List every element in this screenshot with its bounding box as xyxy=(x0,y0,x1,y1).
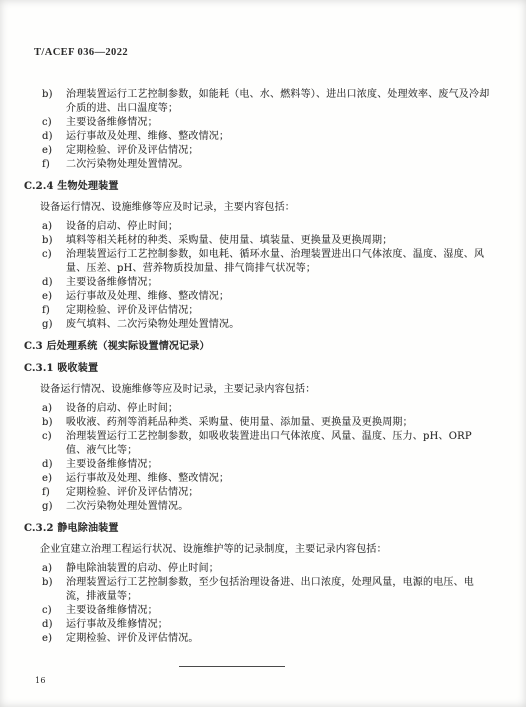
list-item: d)主要设备维修情况； xyxy=(24,276,490,290)
list-item: a)设备的启动、停止时间； xyxy=(24,220,490,234)
list-item-label: e) xyxy=(42,290,52,304)
list-item-label: e) xyxy=(42,472,52,486)
list-item-label: d) xyxy=(42,458,53,472)
list-item: d)运行事故及处理、维修、整改情况； xyxy=(24,130,490,144)
list-item: e)运行事故及处理、维修、整改情况； xyxy=(24,290,490,304)
section: C.3.2 静电除油装置企业宜建立治理工程运行状况、设施维护等的记录制度，主要记… xyxy=(24,522,490,646)
list-item: b)治理装置运行工艺控制参数，如能耗（电、水、燃料等）、进出口浓度、处理效率、废… xyxy=(24,88,490,116)
page-number: 16 xyxy=(35,676,490,685)
list-item: g)二次污染物处理处置情况。 xyxy=(24,500,490,514)
list-item-label: f) xyxy=(42,304,50,318)
section: C.3.1 吸收装置设备运行情况、设施维修等应及时记录，主要记录内容包括：a)设… xyxy=(24,362,490,514)
list-item: b)填料等相关耗材的种类、采购量、使用量、填装量、更换量及更换周期； xyxy=(24,234,490,248)
list-item-label: f) xyxy=(42,486,50,500)
list-item-label: c) xyxy=(42,248,52,262)
list-item-text: 治理装置运行工艺控制参数，如电耗、循环水量、治理装置进出口气体浓度、温度、湿度、… xyxy=(66,249,484,274)
section-intro: 设备运行情况、设施维修等应及时记录，主要内容包括： xyxy=(24,201,490,215)
list-item-text: 运行事故及维修情况； xyxy=(66,619,168,630)
list-item-label: c) xyxy=(42,604,52,618)
list-item: a)静电除油装置的启动、停止时间； xyxy=(24,562,490,576)
list-item-label: g) xyxy=(42,318,53,332)
list-item-text: 二次污染物处理处置情况。 xyxy=(66,159,188,170)
list-item-text: 主要设备维修情况； xyxy=(66,277,158,288)
list-item: d)主要设备维修情况； xyxy=(24,458,490,472)
list-item-text: 运行事故及处理、维修、整改情况； xyxy=(66,131,229,142)
list-item-label: g) xyxy=(42,500,53,514)
list-item-text: 设备的启动、停止时间； xyxy=(66,221,178,232)
list-item-text: 运行事故及处理、维修、整改情况； xyxy=(66,291,229,302)
list-item-text: 填料等相关耗材的种类、采购量、使用量、填装量、更换量及更换周期； xyxy=(66,235,392,246)
item-list: a)设备的启动、停止时间；b)填料等相关耗材的种类、采购量、使用量、填装量、更换… xyxy=(24,220,490,332)
list-item: f)二次污染物处理处置情况。 xyxy=(24,158,490,172)
list-item-label: a) xyxy=(42,402,52,416)
list-item: c)主要设备维修情况； xyxy=(24,116,490,130)
item-list: a)设备的启动、停止时间；b)吸收液、药剂等消耗品种类、采购量、使用量、添加量、… xyxy=(24,402,490,514)
list-item-text: 主要设备维修情况； xyxy=(66,605,158,616)
list-item-label: d) xyxy=(42,130,53,144)
list-item: c)主要设备维修情况； xyxy=(24,604,490,618)
list-item-label: b) xyxy=(42,416,53,430)
list-item-label: a) xyxy=(42,562,52,576)
section-heading: C.3 后处理系统（视实际设置情况记录） xyxy=(24,340,490,354)
item-list: a)静电除油装置的启动、停止时间；b)治理装置运行工艺控制参数，至少包括治理设备… xyxy=(24,562,490,646)
list-item: e)定期检验、评价及评估情况。 xyxy=(24,632,490,646)
list-item-label: a) xyxy=(42,220,52,234)
list-item: b)治理装置运行工艺控制参数，至少包括治理设备进、出口浓度，处理风量，电源的电压… xyxy=(24,576,490,604)
list-item-text: 吸收液、药剂等消耗品种类、采购量、使用量、添加量、更换量及更换周期； xyxy=(66,417,413,428)
list-item: e)运行事故及处理、维修、整改情况； xyxy=(24,472,490,486)
list-item-label: b) xyxy=(42,234,53,248)
list-item-label: c) xyxy=(42,116,52,130)
list-item-text: 治理装置运行工艺控制参数，至少包括治理设备进、出口浓度，处理风量，电源的电压、电… xyxy=(66,577,474,602)
section: b)治理装置运行工艺控制参数，如能耗（电、水、燃料等）、进出口浓度、处理效率、废… xyxy=(24,88,490,172)
document-page: T/ACEF 036—2022 b)治理装置运行工艺控制参数，如能耗（电、水、燃… xyxy=(0,0,526,707)
list-item-text: 设备的启动、停止时间； xyxy=(66,403,178,414)
list-item: f)定期检验、评价及评估情况； xyxy=(24,486,490,500)
section-heading: C.3.2 静电除油装置 xyxy=(24,522,490,536)
list-item-text: 定期检验、评价及评估情况。 xyxy=(66,633,199,644)
section-heading: C.2.4 生物处理装置 xyxy=(24,180,490,194)
section: C.2.4 生物处理装置设备运行情况、设施维修等应及时记录，主要内容包括：a)设… xyxy=(24,180,490,332)
list-item-text: 废气填料、二次污染物处理处置情况。 xyxy=(66,319,239,330)
list-item-text: 治理装置运行工艺控制参数，如吸收装置进出口气体浓度、风量、温度、压力、pH、OR… xyxy=(66,431,472,456)
list-item: d)运行事故及维修情况； xyxy=(24,618,490,632)
list-item: a)设备的启动、停止时间； xyxy=(24,402,490,416)
list-item-label: b) xyxy=(42,88,53,102)
item-list: b)治理装置运行工艺控制参数，如能耗（电、水、燃料等）、进出口浓度、处理效率、废… xyxy=(24,88,490,172)
list-item-label: d) xyxy=(42,618,53,632)
list-item-label: c) xyxy=(42,430,52,444)
list-item-text: 静电除油装置的启动、停止时间； xyxy=(66,563,219,574)
list-item-label: b) xyxy=(42,576,53,590)
list-item-label: e) xyxy=(42,144,52,158)
list-item-text: 治理装置运行工艺控制参数，如能耗（电、水、燃料等）、进出口浓度、处理效率、废气及… xyxy=(66,89,489,114)
section: C.3 后处理系统（视实际设置情况记录） xyxy=(24,340,490,354)
list-item-text: 运行事故及处理、维修、整改情况； xyxy=(66,473,229,484)
list-item-text: 主要设备维修情况； xyxy=(66,117,158,128)
section-heading: C.3.1 吸收装置 xyxy=(24,362,490,376)
list-item: e)定期检验、评价及评估情况； xyxy=(24,144,490,158)
list-item: g)废气填料、二次污染物处理处置情况。 xyxy=(24,318,490,332)
standard-number: T/ACEF 036—2022 xyxy=(34,46,490,60)
section-intro: 设备运行情况、设施维修等应及时记录，主要记录内容包括： xyxy=(24,383,490,397)
list-item-label: e) xyxy=(42,632,52,646)
list-item-text: 定期检验、评价及评估情况； xyxy=(66,487,199,498)
list-item: b)吸收液、药剂等消耗品种类、采购量、使用量、添加量、更换量及更换周期； xyxy=(24,416,490,430)
list-item-text: 定期检验、评价及评估情况； xyxy=(66,305,199,316)
list-item-label: f) xyxy=(42,158,50,172)
list-item-text: 主要设备维修情况； xyxy=(66,459,158,470)
list-item-text: 定期检验、评价及评估情况； xyxy=(66,145,199,156)
list-item-text: 二次污染物处理处置情况。 xyxy=(66,501,188,512)
list-item: f)定期检验、评价及评估情况； xyxy=(24,304,490,318)
document-content: b)治理装置运行工艺控制参数，如能耗（电、水、燃料等）、进出口浓度、处理效率、废… xyxy=(24,88,490,646)
list-item-label: d) xyxy=(42,276,53,290)
list-item: c)治理装置运行工艺控制参数，如吸收装置进出口气体浓度、风量、温度、压力、pH、… xyxy=(24,430,490,458)
end-of-text-rule xyxy=(179,666,285,667)
list-item: c)治理装置运行工艺控制参数，如电耗、循环水量、治理装置进出口气体浓度、温度、湿… xyxy=(24,248,490,276)
section-intro: 企业宜建立治理工程运行状况、设施维护等的记录制度，主要记录内容包括： xyxy=(24,543,490,557)
